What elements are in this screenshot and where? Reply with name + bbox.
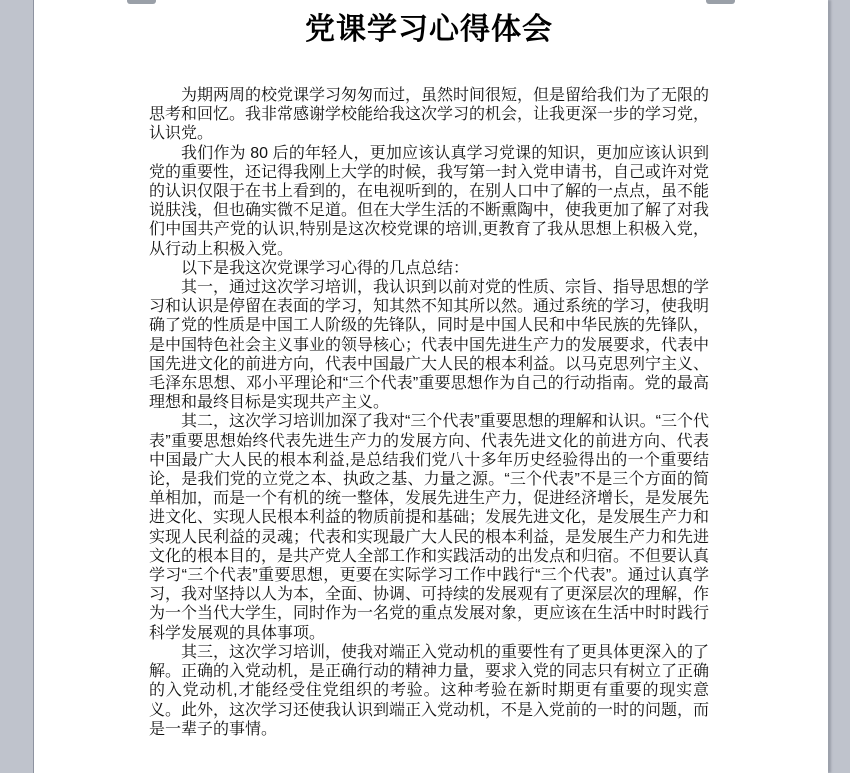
paragraph: 为期两周的校党课学习匆匆而过，虽然时间很短，但是留给我们为了无限的思考和回忆。我… — [149, 86, 709, 144]
margin-mark-right — [706, 0, 735, 4]
document-viewer-canvas: 党课学习心得体会 为期两周的校党课学习匆匆而过，虽然时间很短，但是留给我们为了无… — [0, 0, 850, 773]
paragraph: 以下是我这次党课学习心得的几点总结： — [149, 259, 709, 278]
margin-mark-left — [127, 0, 156, 4]
document-title: 党课学习心得体会 — [149, 12, 709, 48]
paragraph: 我们作为 80 后的年轻人，更加应该认真学习党课的知识，更加应该认识到党的重要性… — [149, 144, 709, 259]
paragraph: 其二，这次学习培训加深了我对“三个代表”重要思想的理解和认识。“三个代表”重要思… — [149, 412, 709, 642]
document-page[interactable]: 党课学习心得体会 为期两周的校党课学习匆匆而过，虽然时间很短，但是留给我们为了无… — [33, 0, 828, 773]
document-body: 为期两周的校党课学习匆匆而过，虽然时间很短，但是留给我们为了无限的思考和回忆。我… — [149, 86, 709, 739]
paragraph: 其三，这次学习培训，使我对端正入党动机的重要性有了更具体更深入的了解。正确的入党… — [149, 643, 709, 739]
paragraph: 其一，通过这次学习培训，我认识到以前对党的性质、宗旨、指导思想的学习和认识是停留… — [149, 278, 709, 412]
